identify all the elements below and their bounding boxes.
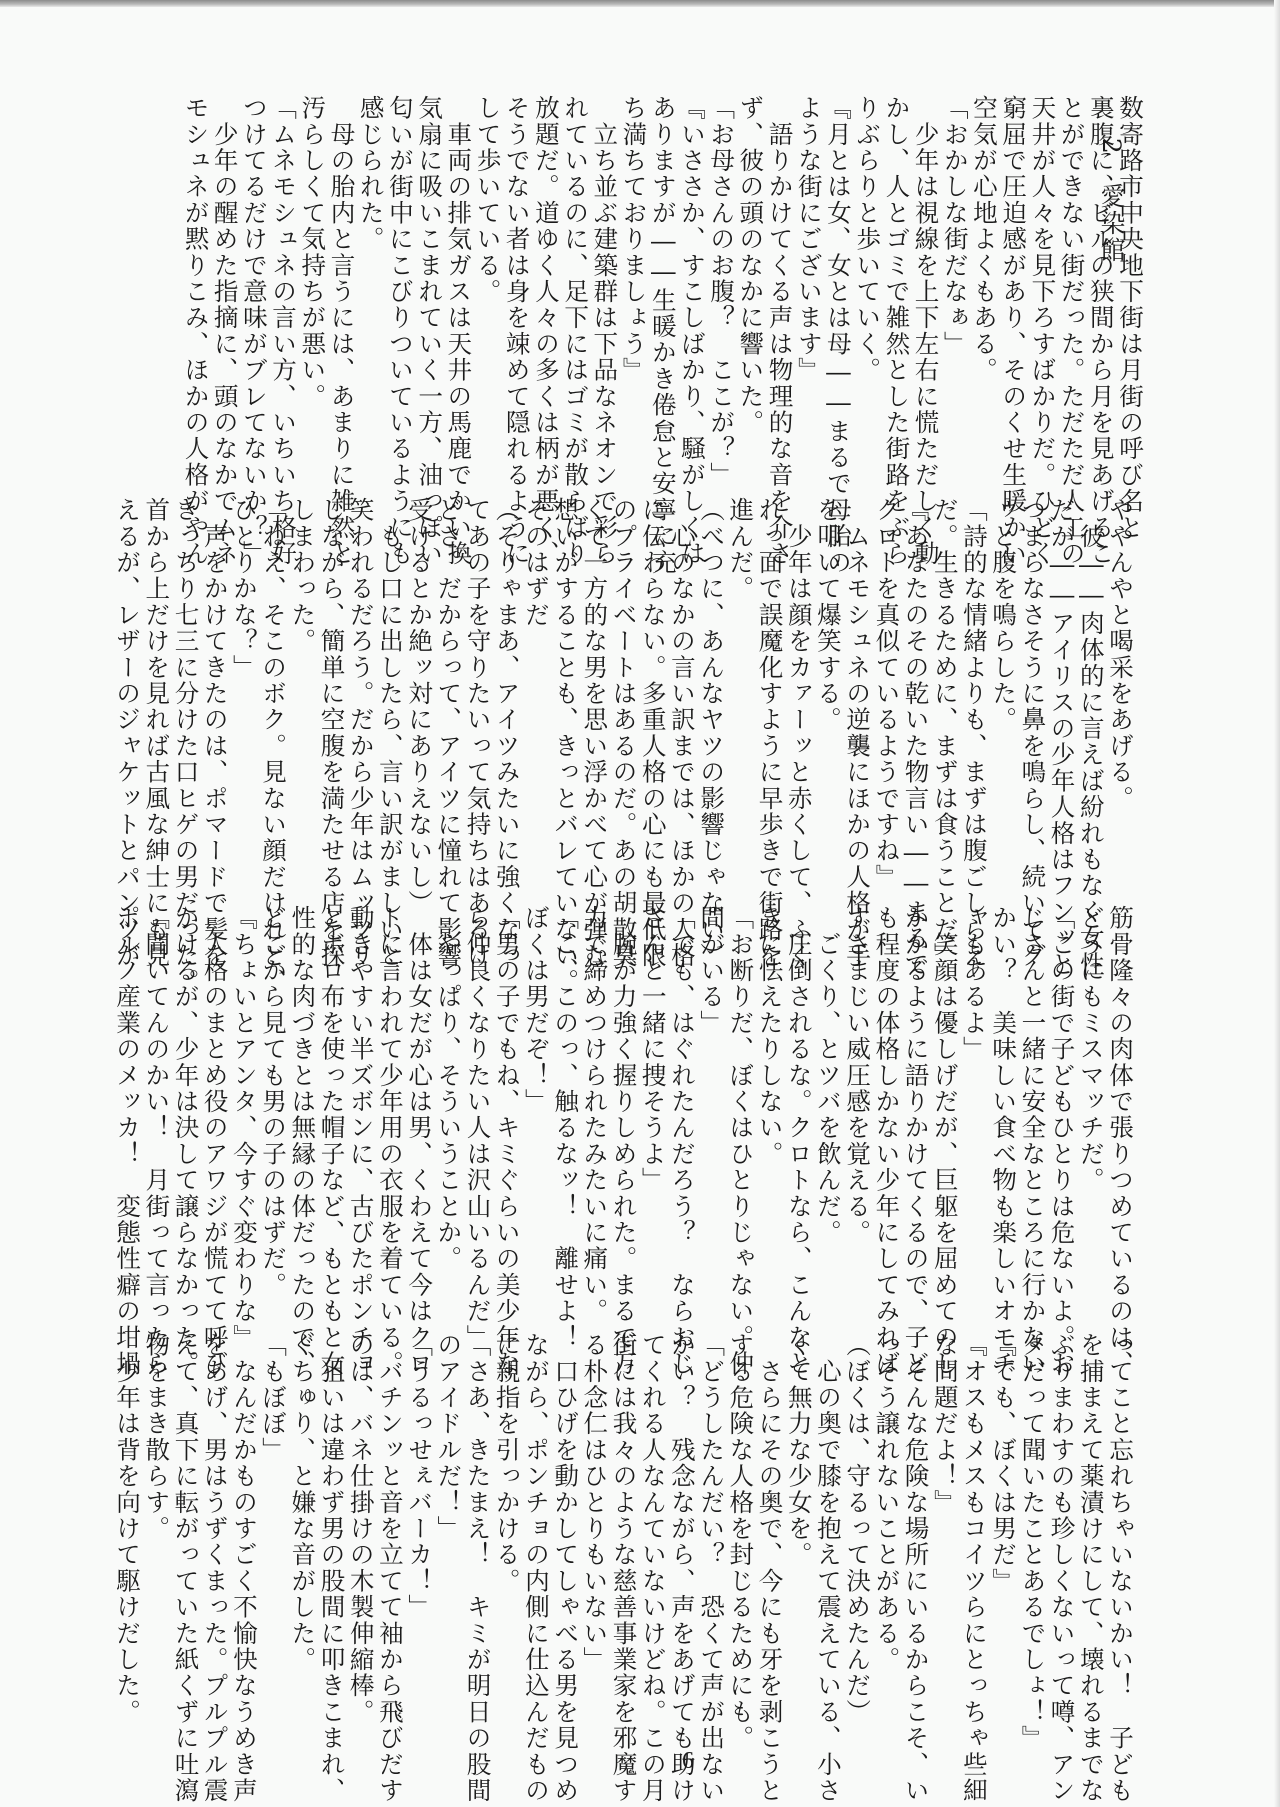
text-line: だが――アイリスの少年人格はフンッと: [1047, 497, 1076, 872]
text-line: 「お断りだ、ぼくはひとりじゃない。仲: [726, 905, 755, 1295]
text-line: 腕が力強く握りしめられた。まるで万: [609, 905, 638, 1295]
text-line: ず、彼の頭のなかに響いた。: [736, 95, 765, 465]
text-line: 「詩的な情緒よりも、まずは腹ごしらえ: [960, 497, 989, 872]
text-line: 「どうしたんだい？ 恐くて声が出ない: [697, 1332, 726, 1722]
text-tier-2: ややんやと喝采をあげる。 彼――肉体的に言えば紛れもなく女性だが――アイリスの少…: [113, 497, 1135, 872]
text-line: どこから見ても男の子のはずだ。: [259, 905, 288, 1295]
text-line: バチンッと音を立てて袖から飛びだす: [376, 1332, 405, 1722]
text-line: なんだかものすごく不愉快なうめき声: [230, 1332, 259, 1722]
text-line: に親指を引っかける。: [493, 1332, 522, 1722]
text-line: えるが、レザーのジャケットとパンツが: [113, 497, 142, 872]
text-line: 気扇に吸いこまれていく一方、油っぽい: [415, 95, 444, 465]
text-line: そうでない者は身を竦めて隠れるように: [503, 95, 532, 465]
text-line: ごくり、とツバを飲んだ。: [814, 905, 843, 1295]
text-line: きに怯えたりしない。: [755, 905, 784, 1295]
text-line: じさんと一緒に安全なところに行かない: [1018, 905, 1047, 1295]
text-line: ひとりかな？」: [230, 497, 259, 872]
text-line: ってこと忘れちゃいないかい！ 子ども: [1106, 1332, 1135, 1722]
text-line: ややんやと喝采をあげる。: [1106, 497, 1135, 872]
text-line: 匂いが街中にこびりついているようにも: [386, 95, 415, 465]
text-line: しまわった。: [288, 497, 317, 872]
text-line: すさまじい威圧感を覚える。: [843, 905, 872, 1295]
text-line: 数寄路市中央地下街は月街の呼び名と: [1116, 95, 1145, 465]
text-line: りぶらりと歩いていく。: [853, 95, 882, 465]
text-line: 『オスもメスもコイツらにとっちゃ些細: [960, 1332, 989, 1722]
text-line: 力で締めつけられたみたいに痛い。: [580, 905, 609, 1295]
text-line: （べつに、あんなヤツの影響じゃない）: [697, 497, 726, 872]
text-line: 「ねえ、そこのボク。見ない顔だけれど、: [259, 497, 288, 872]
text-line: 母の胎内と言うには、あまりに雑然と: [327, 95, 356, 465]
text-line: どさ。だからって、アイツに憧れて影響: [434, 497, 463, 872]
text-line: 「ムネモシュネの言い方、いちいち格好: [269, 95, 298, 465]
text-line: もし口に出したら、言い訳がましいと: [376, 497, 405, 872]
text-tier-3: 筋骨隆々の肉体で張りつめているのは、どうにもミスマッチだ。「この街で子どもひとり…: [113, 905, 1135, 1295]
text-line: さらにその奥で、今にも牙を剥こうと: [755, 1332, 784, 1722]
text-line: 『聞いてんのかい！ 月街って言ったら: [142, 905, 171, 1295]
text-line: ポルノ産業のメッカ！ 変態性癖の坩堝: [113, 905, 142, 1295]
text-line: ら仲良くなりたい人は沢山いるんだ」: [463, 905, 492, 1295]
text-line: ながら、ポンチョの内側に仕込んだもの: [522, 1332, 551, 1722]
text-line: 「もぼぼ」: [259, 1332, 288, 1722]
text-line: てあの子を守りたいって気持ちはあるけ: [463, 497, 492, 872]
text-line: とボロ布を使った帽子など、もともと女: [317, 905, 346, 1295]
text-line: 少年は背を向けて駆けだした。: [113, 1332, 142, 1722]
text-line: 『いささか、すこしばかり、騒がしくは: [678, 95, 707, 465]
text-line: クロトを真似ているようですね』: [872, 497, 901, 872]
text-line: （ぼくは、守るって決めたんだ）: [843, 1332, 872, 1722]
text-line: 性的な肉づきとは無縁の体だったので、: [288, 905, 317, 1295]
text-line: とができない街だった。ただただ人工の: [1057, 95, 1086, 465]
text-line: のプライベートはあるのだ。あの胡散臭: [609, 497, 638, 872]
text-line: 人格のまとめ役のアワジが慌てて呼び: [201, 905, 230, 1295]
text-line: 「男の子でもね、キミぐらいの美少年な: [493, 905, 522, 1295]
text-line: 笑われるだろう。だから少年はムッツリ: [347, 497, 376, 872]
text-line: つけてるだけで意味がブレてないか？」: [240, 95, 269, 465]
text-line: 「おかしな街だなぁ」: [941, 95, 970, 465]
text-line: 「この街で子どもひとりは危ないよ。お: [1047, 905, 1076, 1295]
text-line: のアイドルだ！」: [434, 1332, 463, 1722]
scan-top-edge: [0, 0, 1280, 7]
text-line: 間がいる」: [697, 905, 726, 1295]
text-line: ぼくは男だぞ！」: [522, 905, 551, 1295]
text-line: 少年は顔をカァーッと赤くして、ふく: [785, 497, 814, 872]
text-line: （そりゃまあ、アイツみたいに強くなっ: [493, 497, 522, 872]
text-line: だ。生きるために、まずは食うことだ」: [931, 497, 960, 872]
text-line: 心の奥で膝を抱えて震えている、小さ: [814, 1332, 843, 1722]
text-line: 狙いは違わず男の股間に叩きこまれ、: [317, 1332, 346, 1722]
text-line: てくれる人なんていないけどね。この月: [639, 1332, 668, 1722]
text-line: ありますが――生暖かき倦怠と安寧に充: [649, 95, 678, 465]
text-line: 筋骨隆々の肉体で張りつめているのは、: [1106, 905, 1135, 1295]
text-line: 街には我々のような慈善事業家を邪魔す: [609, 1332, 638, 1722]
text-line: 圧倒されるな。クロトなら、こんなと: [785, 905, 814, 1295]
text-line: のは、バネ仕掛けの木製伸縮棒。: [347, 1332, 376, 1722]
text-line: 「こ、このっ、触るなッ！ 離せよ！: [551, 905, 580, 1295]
text-line: 裏腹に、ビルの狭間から月を見あげるこ: [1087, 95, 1116, 465]
text-line: ャもあるよ」: [960, 905, 989, 1295]
text-line: 首から上だけを見れば古風な紳士にも見: [142, 497, 171, 872]
text-line: 車両の排気ガスは天井の馬鹿でかい換: [444, 95, 473, 465]
text-line: ち満ちておりましょう』: [619, 95, 648, 465]
text-line: モシュネが黙りこみ、ほかの人格がやん: [181, 95, 210, 465]
text-line: 体は女だが心は男、くわえて今はクロ: [405, 905, 434, 1295]
text-line: 物をまき散らす。: [142, 1332, 171, 1722]
text-line: して歩いている。: [473, 95, 502, 465]
text-line: 天井が人々を見下ろすばかりだ。ひどく: [1028, 95, 1057, 465]
scan-right-edge: [1274, 0, 1280, 1807]
text-line: 『月とは女、女とは母――まるで母胎の: [824, 95, 853, 465]
text-tier-4: ってこと忘れちゃいないかい！ 子どもを捕まえて薬漬けにして、壊れるまでなぶりまわ…: [113, 1332, 1135, 1722]
text-line: くて一方的な男を思い浮かべて心が弾む: [580, 497, 609, 872]
text-line: そんな危険な場所にいるからこそ、い: [901, 1332, 930, 1722]
text-line: 彼――肉体的に言えば紛れもなく女性: [1077, 497, 1106, 872]
page-number: 6: [682, 1748, 694, 1775]
text-line: 語りかけてくる声は物理的な音を介さ: [765, 95, 794, 465]
text-line: 空気が心地よくもある。: [970, 95, 999, 465]
text-line: かい？ 美味しい食べ物も楽しいオモチ: [989, 905, 1018, 1295]
text-line: も程度の体格しかない少年にしてみれば: [872, 905, 901, 1295]
text-line: 「お母さんのお腹？ ここが？」: [707, 95, 736, 465]
text-line: 立ち並ぶ建築群は下品なネオンで彩ら: [590, 95, 619, 465]
text-line: 「さあ、きたまえ！ キミが明日の股間: [463, 1332, 492, 1722]
text-line: ムネモシュネの逆襲にほかの人格が手: [843, 497, 872, 872]
text-line: 『ちょいとアンタ、今すぐ変わりな』: [230, 905, 259, 1295]
text-line: さんと一緒に捜そうよ」: [639, 905, 668, 1295]
text-line: つまらなさそうに鼻を鳴らし、続いてグ: [1018, 497, 1047, 872]
text-line: かかるように語りかけてくるので、子ど: [901, 905, 930, 1295]
text-line: な問題だよ！』: [931, 1332, 960, 1722]
text-line: ぐちゅり、と嫌な音がした。: [288, 1332, 317, 1722]
text-line: 少年の醒めた指摘に、頭のなかでムネ: [211, 95, 240, 465]
text-line: ぶりまわすのも珍しくないって噂、アン: [1047, 1332, 1076, 1722]
text-line: かし、人とゴミで雑然とした街路をぶら: [882, 95, 911, 465]
text-line: やっぱり、そういうことか。: [434, 905, 463, 1295]
text-tier-1: 数寄路市中央地下街は月街の呼び名と裏腹に、ビルの狭間から月を見あげることができな…: [181, 95, 1145, 465]
text-line: きっちり七三に分けた口ヒゲの男だった。: [171, 497, 200, 872]
text-line: 「うるっせぇバーカ！」: [405, 1332, 434, 1722]
text-line: 少年は視線を上下左右に慌ただしく動: [911, 95, 940, 465]
text-line: どうにもミスマッチだ。: [1077, 905, 1106, 1295]
text-line: をあげ、男はうずくまった。プルプル震: [201, 1332, 230, 1722]
text-line: 「でも、はぐれたんだろう？ ならおじ: [668, 905, 697, 1295]
text-line: そのはずだ: [522, 497, 551, 872]
text-line: トに言われて少年用の衣服を着ている。: [376, 905, 405, 1295]
text-line: しながら、簡単に空腹を満たせる店を探: [317, 497, 346, 872]
text-line: かけるが、少年は決して譲らなかった。: [171, 905, 200, 1295]
text-line: に伝わらない。多重人格の心にも最低限: [639, 497, 668, 872]
text-line: 『あなたのその乾いた物言い――まるで: [901, 497, 930, 872]
text-line: ような街にございます』: [795, 95, 824, 465]
text-line: る朴念仁はひとりもいない」: [580, 1332, 609, 1722]
text-line: 感じられた。: [357, 95, 386, 465]
text-line: えて、真下に転がっていた紙くずに吐瀉: [171, 1332, 200, 1722]
text-line: 放題だ。道ゆく人々の多くは柄が悪く、: [532, 95, 561, 465]
text-line: かい？ 残念ながら、声をあげても助け: [668, 1332, 697, 1722]
text-line: 汚らしくて気持ちが悪い。: [298, 95, 327, 465]
text-line: 窮屈で圧迫感があり、そのくせ生暖かい: [999, 95, 1028, 465]
text-line: れているのに、足下にはゴミが散らばり: [561, 95, 590, 465]
text-line: する危険な人格を封じるためにも。: [726, 1332, 755, 1722]
text-line: 受けるとか絶ッ対にありえないし）: [405, 497, 434, 872]
text-line: 口ひげを動かしてしゃべる男を見つめ: [551, 1332, 580, 1722]
text-line: 心のなかの言い訳までは、ほかの人格: [668, 497, 697, 872]
text-line: 想いがすることも、きっとバレていない。: [551, 497, 580, 872]
text-line: 動きやすい半ズボンに、古びたポンチョ: [347, 905, 376, 1295]
text-line: タだって聞いたことあるでしょ！』: [1018, 1332, 1047, 1722]
text-line: を捕まえて薬漬けにして、壊れるまでな: [1077, 1332, 1106, 1722]
text-line: 進んだ。: [726, 497, 755, 872]
text-line: れっ面で誤魔化すように早歩きで街路を: [755, 497, 784, 872]
text-line: 『でも、ぼくは男だ』: [989, 1332, 1018, 1722]
text-line: ゥと腹を鳴らした。: [989, 497, 1018, 872]
text-line: っそう譲れないことがある。: [872, 1332, 901, 1722]
text-line: 笑顔は優しげだが、巨躯を屈めてのし: [931, 905, 960, 1295]
text-line: くて無力な少女を。: [785, 1332, 814, 1722]
text-line: を叩いて爆笑する。: [814, 497, 843, 872]
text-line: 声をかけてきたのは、ポマードで髪を: [201, 497, 230, 872]
